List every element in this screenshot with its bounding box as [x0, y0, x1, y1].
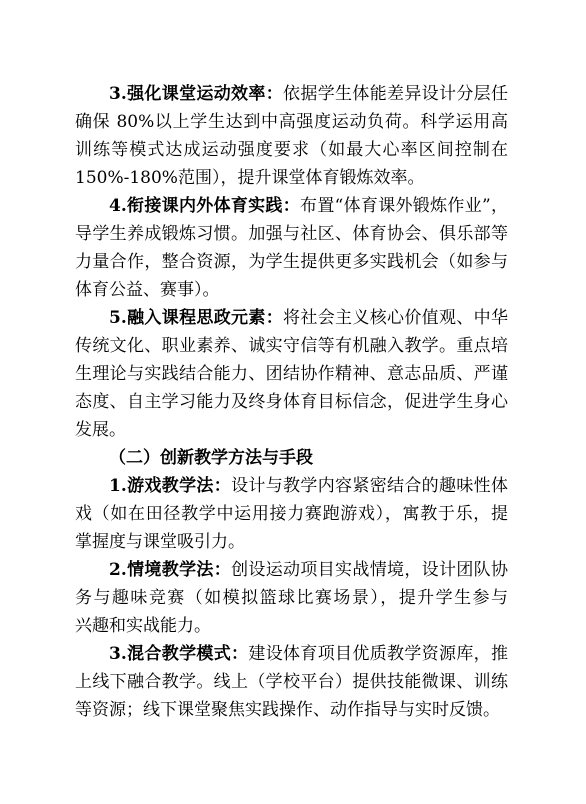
item-label: 1.游戏教学法： — [109, 476, 231, 496]
paragraph-line: 体育公益、赛事）。 — [75, 276, 508, 304]
paragraph-line: 2.情境教学法：创设运动项目实战情境，设计团队协作任 — [75, 556, 508, 584]
item-label: 5.融入课程思政元素： — [109, 308, 283, 328]
paragraph-line: 传统文化、职业素养、诚实守信等有机融入教学。重点培养学 — [75, 332, 508, 360]
paragraph-line: 生理论与实践结合能力、团结协作精神、意志品质、严谨求实 — [75, 360, 508, 388]
paragraph-line: 掌握度与课堂吸引力。 — [75, 528, 508, 556]
item-label: 3.混合教学模式： — [109, 644, 248, 664]
paragraph-line: 3.混合教学模式：建设体育项目优质教学资源库，推行线 — [75, 640, 508, 668]
paragraph-line: 训练等模式达成运动强度要求（如最大心率区间控制在 — [75, 136, 508, 164]
paragraph-line: 导学生养成锻炼习惯。加强与社区、体育协会、俱乐部等社会 — [75, 220, 508, 248]
paragraph-line: 确保 80%以上学生达到中高强度运动负荷。科学运用高强度间歇 — [75, 108, 508, 136]
paragraph-line: 150%-180%范围），提升课堂体育锻炼效率。 — [75, 164, 508, 192]
paragraph-line: 4.衔接课内外体育实践：布置“体育课外锻炼作业”，引 — [75, 192, 508, 220]
paragraph-line: 上线下融合教学。线上（学校平台）提供技能微课、训练视频 — [75, 668, 508, 696]
paragraph-line: 务与趣味竞赛（如模拟篮球比赛场景），提升学生参与度、学习 — [75, 584, 508, 612]
document-page: 3.强化课堂运动效率：依据学生体能差异设计分层任务， 确保 80%以上学生达到中… — [0, 0, 586, 804]
paragraph-line: 态度、自主学习能力及终身体育目标信念，促进学生身心全面 — [75, 388, 508, 416]
document-body: 3.强化课堂运动效率：依据学生体能差异设计分层任务， 确保 80%以上学生达到中… — [75, 80, 508, 724]
paragraph-line: 等资源；线下课堂聚焦实践操作、动作指导与实时反馈。 — [75, 696, 508, 724]
item-label: 3.强化课堂运动效率： — [109, 84, 283, 104]
section-heading: （二）创新教学方法与手段 — [75, 444, 508, 472]
paragraph-line: 1.游戏教学法：设计与教学内容紧密结合的趣味性体育游 — [75, 472, 508, 500]
item-label: 4.衔接课内外体育实践： — [109, 196, 300, 216]
paragraph-line: 兴趣和实战能力。 — [75, 612, 508, 640]
paragraph-line: 3.强化课堂运动效率：依据学生体能差异设计分层任务， — [75, 80, 508, 108]
item-label: 2.情境教学法： — [109, 560, 231, 580]
paragraph-line: 戏（如在田径教学中运用接力赛跑游戏），寓教于乐，提升技能 — [75, 500, 508, 528]
paragraph-line: 力量合作，整合资源，为学生提供更多实践机会（如参与社区 — [75, 248, 508, 276]
paragraph-line: 发展。 — [75, 416, 508, 444]
paragraph-line: 5.融入课程思政元素：将社会主义核心价值观、中华优秀 — [75, 304, 508, 332]
